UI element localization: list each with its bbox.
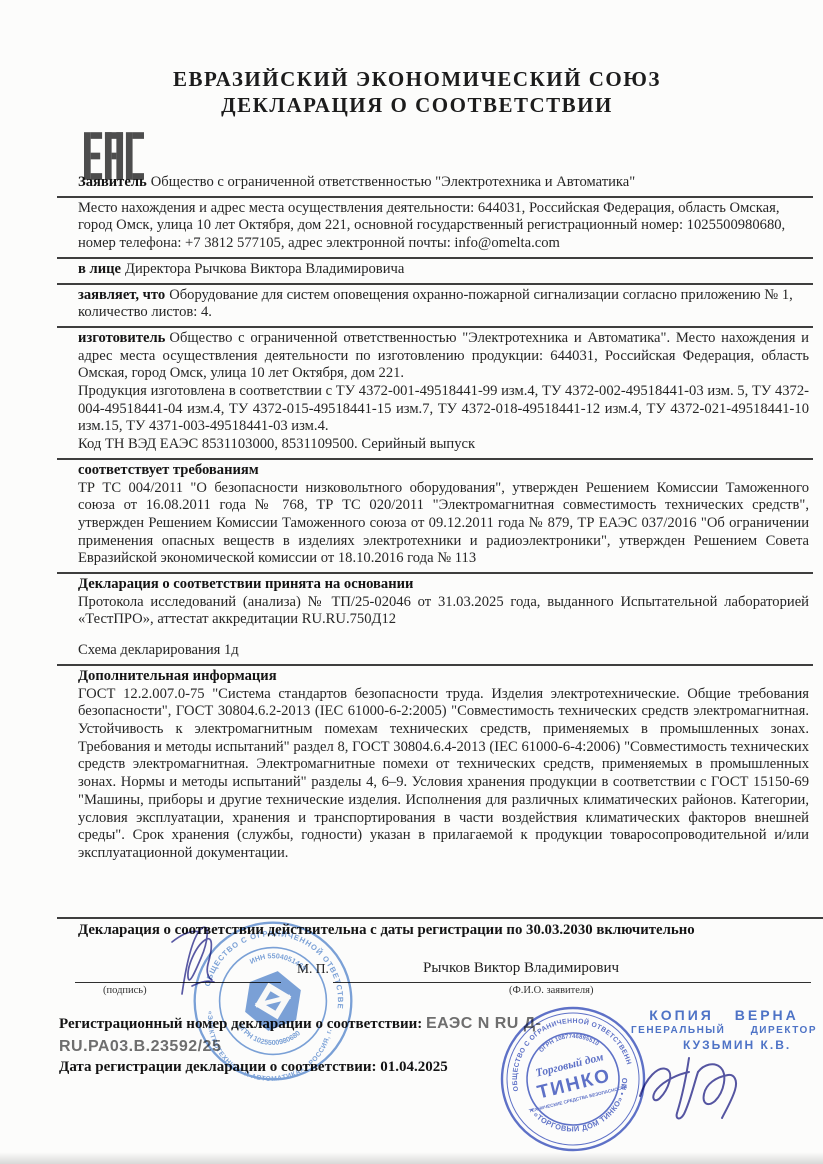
basis-label: Декларация о соответствии принята на осн…: [78, 576, 809, 594]
document-header: ЕВРАЗИЙСКИЙ ЭКОНОМИЧЕСКИЙ СОЮЗ ДЕКЛАРАЦИ…: [57, 66, 777, 118]
manufacturer-code: Код ТН ВЭД ЕАЭС 8531103000, 8531109500. …: [78, 436, 809, 454]
tinko-tagline: ТЕХНИЧЕСКИЕ СРЕДСТВА БЕЗОПАСНОСТИ: [528, 1084, 627, 1113]
section-basis: Декларация о соответствии принята на осн…: [57, 572, 813, 664]
declaration-document: ЕВРАЗИЙСКИЙ ЭКОНОМИЧЕСКИЙ СОЮЗ ДЕКЛАРАЦИ…: [0, 0, 823, 1164]
title-union: ЕВРАЗИЙСКИЙ ЭКОНОМИЧЕСКИЙ СОЮЗ: [57, 66, 777, 92]
address-text: Место нахождения и адрес места осуществл…: [78, 200, 809, 253]
declares-line: заявляет, чтоОборудование для систем опо…: [78, 287, 809, 322]
in-person-line: в лицеДиректора Рычкова Виктора Владимир…: [78, 261, 809, 279]
in-person-value: Директора Рычкова Виктора Владимировича: [125, 261, 404, 277]
registration-number-part1: ЕАЭС N RU Д-: [426, 1015, 542, 1032]
copy-certified-stamp: КОПИЯ ВЕРНА ГЕНЕРАЛЬНЫЙ ДИРЕКТОР Кузьмин…: [631, 1007, 817, 1052]
declares-value: Оборудование для систем оповещения охран…: [78, 287, 793, 321]
copy-role-general: ГЕНЕРАЛЬНЫЙ: [631, 1025, 725, 1036]
complies-label: соответствует требованиям: [78, 462, 809, 480]
fio-caption: (Ф.И.О. заявителя): [509, 985, 594, 996]
signature-line: [75, 982, 281, 983]
section-additional: Дополнительная информация ГОСТ 12.2.007.…: [57, 664, 813, 867]
registration-date-line: Дата регистрации декларации о соответств…: [59, 1057, 659, 1079]
registration-block: Регистрационный номер декларации о соотв…: [59, 1013, 659, 1079]
section-declares: заявляет, чтоОборудование для систем опо…: [57, 283, 813, 326]
section-address: Место нахождения и адрес места осуществл…: [57, 196, 813, 257]
copy-role-director: ДИРЕКТОР: [751, 1025, 817, 1036]
registration-number-label: Регистрационный номер декларации о соотв…: [59, 1016, 422, 1032]
copy-certified-line: КОПИЯ ВЕРНА: [631, 1007, 817, 1023]
title-declaration: ДЕКЛАРАЦИЯ О СООТВЕТСТВИИ: [57, 92, 777, 118]
additional-label: Дополнительная информация: [78, 668, 809, 686]
additional-text: ГОСТ 12.2.007.0-75 "Система стандартов б…: [78, 686, 809, 863]
manufacturer-label: изготовитель: [78, 330, 165, 346]
signature-caption: (подпись): [103, 985, 147, 996]
manufacturer-line: изготовительОбщество с ограниченной отве…: [78, 330, 809, 383]
section-applicant: ЗаявительОбщество с ограниченной ответст…: [57, 172, 813, 196]
manufacturer-value: Общество с ограниченной ответственностью…: [78, 330, 809, 381]
manufacturer-tu: Продукция изготовлена в соответствии с Т…: [78, 383, 809, 436]
applicant-value: Общество с ограниченной ответственностью…: [151, 174, 635, 190]
scheme-text: Схема декларирования 1д: [78, 642, 809, 660]
signature-area: (подпись) М. П. Рычков Виктор Владимиров…: [57, 944, 813, 1010]
section-manufacturer: изготовительОбщество с ограниченной отве…: [57, 326, 813, 458]
stamp-place-label: М. П.: [297, 961, 329, 977]
applicant-fio: Рычков Виктор Владимирович: [423, 960, 619, 977]
basis-text: Протокола исследований (анализа) № ТП/25…: [78, 594, 809, 629]
applicant-line: ЗаявительОбщество с ограниченной ответст…: [78, 174, 809, 192]
scan-edge-shadow: [0, 1152, 823, 1164]
copy-certifier-name: Кузьмин К.В.: [683, 1038, 817, 1052]
section-in-person: в лицеДиректора Рычкова Виктора Владимир…: [57, 257, 813, 283]
in-person-label: в лице: [78, 261, 121, 277]
declares-label: заявляет, что: [78, 287, 165, 303]
registration-date-value: 01.04.2025: [380, 1059, 448, 1075]
fio-line: [333, 982, 811, 983]
registration-date-label: Дата регистрации декларации о соответств…: [59, 1059, 377, 1075]
section-complies: соответствует требованиям ТР ТС 004/2011…: [57, 458, 813, 572]
registration-number-line: Регистрационный номер декларации о соотв…: [59, 1013, 659, 1036]
complies-text: ТР ТС 004/2011 "О безопасности низковоль…: [78, 480, 809, 569]
validity-statement: Декларация о соответствии действительна …: [57, 917, 823, 939]
applicant-label: Заявитель: [78, 174, 147, 190]
registration-number-part2: RU.РА03.В.23592/25: [59, 1036, 659, 1058]
copy-certified-roles: ГЕНЕРАЛЬНЫЙ ДИРЕКТОР: [631, 1025, 817, 1036]
document-body: ЗаявительОбщество с ограниченной ответст…: [57, 172, 813, 916]
